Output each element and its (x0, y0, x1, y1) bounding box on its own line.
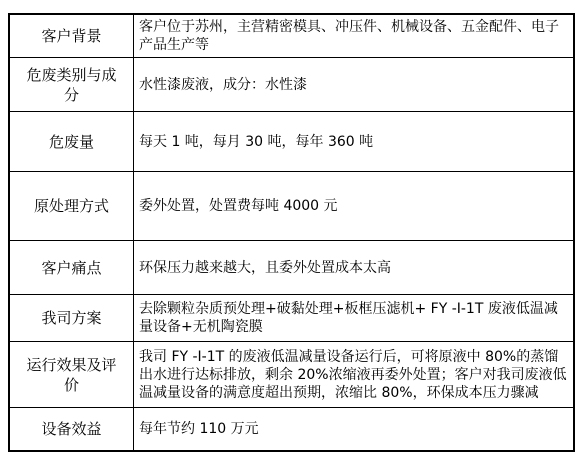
row-content: 委外处置，处置费每吨 4000 元 (134, 172, 575, 241)
row-header: 运行效果及评价 (9, 342, 134, 408)
table-row-operation-result: 运行效果及评价 我司 FY -I-1T 的废液低温减量设备运行后，可将原液中 8… (9, 342, 574, 408)
row-content: 每年节约 110 万元 (134, 408, 575, 451)
table-row-waste-type: 危废类别与成分 水性漆废液，成分：水性漆 (9, 58, 574, 112)
row-header: 原处理方式 (9, 172, 134, 241)
table-row-customer-pain-point: 客户痛点 环保压力越来越大，且委外处置成本太高 (9, 241, 574, 295)
customer-case-table: 客户背景 客户位于苏州，主营精密模具、冲压件、机械设备、五金配件、电子产品生产等… (8, 13, 575, 452)
row-header: 我司方案 (9, 295, 134, 342)
row-content: 环保压力越来越大，且委外处置成本太高 (134, 241, 575, 295)
row-header: 客户痛点 (9, 241, 134, 295)
row-content: 客户位于苏州，主营精密模具、冲压件、机械设备、五金配件、电子产品生产等 (134, 14, 575, 58)
row-header: 客户背景 (9, 14, 134, 58)
table-row-equipment-benefit: 设备效益 每年节约 110 万元 (9, 408, 574, 451)
row-content: 去除颗粒杂质预处理+破黏处理+板框压滤机+ FY -I-1T 废液低温减量设备+… (134, 295, 575, 342)
page: 客户背景 客户位于苏州，主营精密模具、冲压件、机械设备、五金配件、电子产品生产等… (0, 0, 587, 461)
row-content: 每天 1 吨，每月 30 吨，每年 360 吨 (134, 112, 575, 172)
row-header: 危废类别与成分 (9, 58, 134, 112)
row-header: 危废量 (9, 112, 134, 172)
row-content: 水性漆废液，成分：水性漆 (134, 58, 575, 112)
row-header: 设备效益 (9, 408, 134, 451)
row-content: 我司 FY -I-1T 的废液低温减量设备运行后，可将原液中 80%的蒸馏出水进… (134, 342, 575, 408)
table-row-customer-background: 客户背景 客户位于苏州，主营精密模具、冲压件、机械设备、五金配件、电子产品生产等 (9, 14, 574, 58)
table-row-waste-amount: 危废量 每天 1 吨，每月 30 吨，每年 360 吨 (9, 112, 574, 172)
table-row-our-solution: 我司方案 去除颗粒杂质预处理+破黏处理+板框压滤机+ FY -I-1T 废液低温… (9, 295, 574, 342)
table-row-original-treatment: 原处理方式 委外处置，处置费每吨 4000 元 (9, 172, 574, 241)
